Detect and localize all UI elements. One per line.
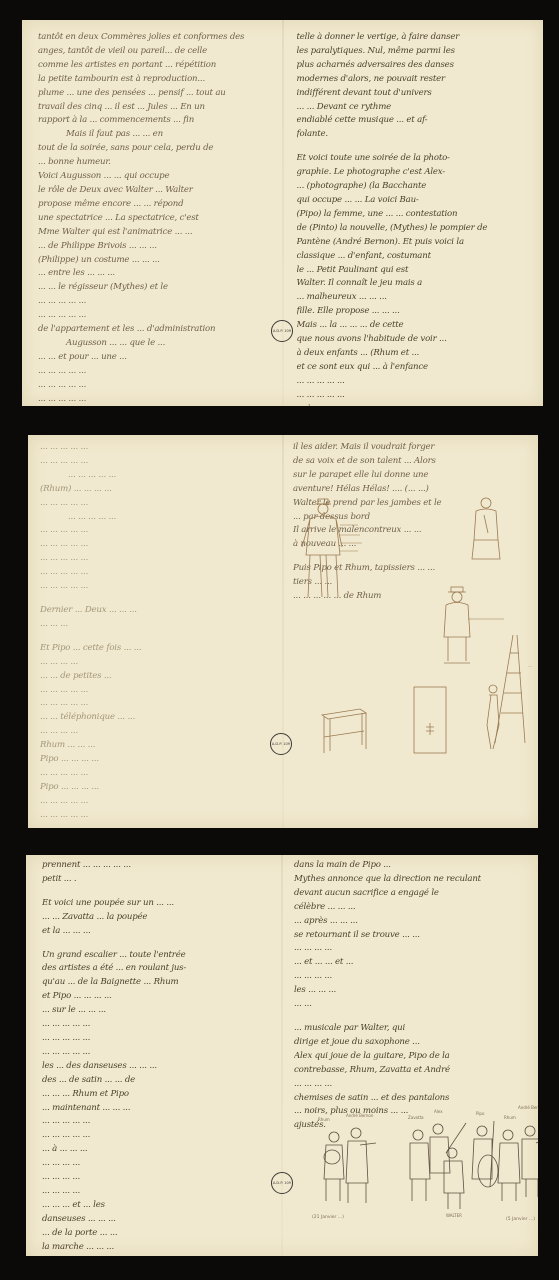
band-ensemble-sketch: Zavatta Alex Pipo Rhum André Bernon WALT…	[406, 1113, 538, 1213]
handwritten-line: les paralytiques. Nul, même parmi les	[297, 45, 538, 59]
handwritten-line: Mais ... la ... ... ... de cette	[297, 319, 538, 333]
handwritten-line: ... ... ... ... ...	[42, 1129, 276, 1143]
handwritten-line: ... ... ... ... ...	[42, 1115, 276, 1129]
handwritten-line: ... ... ... ... ...	[40, 697, 277, 711]
handwritten-line: rapport à la ... commencements ... fin	[38, 114, 277, 128]
handwritten-line: Alex qui joue de la guitare, Pipo de la	[294, 1050, 532, 1064]
handwritten-line: ... ... ... et ... les	[42, 1199, 276, 1213]
handwritten-line: le ... Petit Paulinant qui est	[297, 264, 538, 278]
handwritten-line: ... ... ... ... ...	[40, 767, 277, 781]
handwritten-line: Et Pipo ... cette fois ... ...	[40, 642, 277, 656]
spread-1-left-page: tantôt en deux Commères jolies et confor…	[22, 20, 283, 406]
handwritten-line: se retournant il se trouve ... ...	[294, 929, 532, 943]
woman-figure-study	[466, 495, 506, 565]
musician-label: WALTER	[446, 1213, 462, 1218]
musician-label: André Bernon	[346, 1113, 373, 1118]
handwritten-line: ... ... ... ... ...	[42, 1032, 276, 1046]
handwritten-line: ... ... ... ... ...	[40, 511, 277, 525]
handwritten-line: ... ... ... Rhum et Pipo	[42, 1088, 276, 1102]
handwritten-line: Pipo ... ... ... ...	[40, 781, 277, 795]
sketch-date-caption: (21 Janvier ...)	[312, 1215, 344, 1220]
musician-label: Zavatta	[408, 1115, 424, 1120]
handwritten-line: que nous avons l'habitude de voir ...	[297, 333, 538, 347]
handwritten-line: ... ... ... ... ...	[40, 497, 277, 511]
handwritten-line: endiablé cette musique ... et af-	[297, 114, 538, 128]
handwritten-line: Augusson ... ... que le ...	[38, 337, 277, 351]
handwritten-line: Rhum ... ... ...	[40, 739, 277, 753]
handwritten-line: Pipo ... ... ... ...	[40, 753, 277, 767]
handwritten-line: ... ... ... ... ...	[40, 524, 277, 538]
handwritten-line: ... après ... ... ...	[294, 915, 532, 929]
archive-stamp: A.D.P. 109	[270, 733, 292, 755]
handwritten-line: à deux enfants ... (Rhum et ...	[297, 347, 538, 361]
handwritten-line: ... ... ... ... ...	[38, 295, 277, 309]
handwritten-line: ... ... ... ... ...	[42, 1018, 276, 1032]
handwritten-line: (Philippe) un costume ... ... ...	[38, 254, 277, 268]
handwritten-line: il les aider. Mais il voudrait forger	[293, 441, 532, 455]
musician-label: Rhum	[504, 1115, 516, 1120]
manuscript-spread-2: ... ... ... ... ...... ... ... ... .....…	[28, 435, 538, 828]
handwritten-line: indifférent devant tout d'univers	[297, 87, 538, 101]
handwritten-line: Mais il faut pas ... ... en	[38, 128, 277, 142]
handwritten-line: ... ... le régisseur (Mythes) et le	[38, 281, 277, 295]
handwritten-line: ... ... ... ...	[40, 656, 277, 670]
archive-stamp: A.D.P. 109	[271, 320, 293, 342]
handwritten-line: ... ... ... ... ...	[40, 823, 277, 828]
handwritten-line: ... (photographe) (la Bacchante	[297, 180, 538, 194]
handwritten-line: ... ... ... ... ...	[297, 375, 538, 389]
handwritten-line: ... ... ... ...	[42, 1185, 276, 1199]
handwritten-line: tantôt en deux Commères jolies et confor…	[38, 31, 277, 45]
handwritten-line: ... entre les ... ... ...	[38, 267, 277, 281]
handwritten-line: qu'au ... de la Baignette ... Rhum	[42, 976, 276, 990]
handwritten-line: ... ... Zavatta ... la poupée	[42, 911, 276, 925]
ladder-label: ...	[528, 663, 532, 668]
spread-1-right-page: telle à donner le vertige, à faire danse…	[283, 20, 544, 406]
handwritten-line: ... à ... ... ...	[42, 1143, 276, 1157]
standing-man-costume-study	[296, 497, 376, 602]
handwritten-line: telle à donner le vertige, à faire danse…	[297, 31, 538, 45]
handwritten-line: ... ... ... ... ...	[38, 379, 277, 393]
handwritten-line: classique ... d'enfant, costumant	[297, 250, 538, 264]
handwritten-line: Walter. Il connaît le jeu mais a	[297, 277, 538, 291]
handwritten-line: graphie. Le photographe c'est Alex-	[297, 166, 538, 180]
handwritten-line: fille. Elle propose ... ... ...	[297, 305, 538, 319]
handwritten-line: dans la main de Pipo ...	[294, 859, 532, 873]
handwritten-line: chemises de satin ... et des pantalons	[294, 1092, 532, 1106]
handwritten-line: ... ... de petites ...	[40, 670, 277, 684]
two-musicians-sketch: Rhum André Bernon (21 Janvier ...)	[316, 1117, 380, 1207]
handwritten-line: ... musicale par Walter, qui	[294, 1022, 532, 1036]
handwritten-line: ... ... et pour ... une ...	[38, 351, 277, 365]
handwritten-line: devant aucun sacrifice a engagé le	[294, 887, 532, 901]
door-or-panel	[412, 685, 448, 755]
spread-3-left-page: prennent ... ... ... ... ...petit ... .E…	[26, 855, 282, 1256]
handwritten-line: travail des cinq ... il est ... Jules ..…	[38, 101, 277, 115]
handwritten-line: Mythes annonce que la direction ne recul…	[294, 873, 532, 887]
handwritten-line: Mme Walter qui est l'animatrice ... ...	[38, 226, 277, 240]
handwritten-line: ... ... ... ... ...	[40, 684, 277, 698]
handwritten-line: propose même encore ... ... répond	[38, 198, 277, 212]
handwritten-line: les ... ... ...	[294, 984, 532, 998]
musician-label: André Bernon	[518, 1105, 538, 1110]
handwritten-line: ... ... ... ... ...	[38, 309, 277, 323]
handwritten-line: ... ... ... ...	[294, 942, 532, 956]
handwritten-line: Et voici toute une soirée de la photo-	[297, 152, 538, 166]
handwritten-line: ... et ... ... et ...	[294, 956, 532, 970]
handwritten-line: ... ... ... ... ...	[40, 469, 277, 483]
handwritten-line: ... ... Devant ce rythme	[297, 101, 538, 115]
handwritten-line: le rôle de Deux avec Walter ... Walter	[38, 184, 277, 198]
archive-stamp: A.D.P. 109	[271, 1172, 293, 1194]
handwritten-line: ... de la porte ... ...	[42, 1227, 276, 1241]
handwritten-line: des ... de satin ... ... de	[42, 1074, 276, 1088]
handwritten-line: ... maintenant ... ... ...	[42, 1102, 276, 1116]
handwritten-line: et Pipo ... ... ... ...	[42, 990, 276, 1004]
handwritten-line: prennent ... ... ... ... ...	[42, 859, 276, 873]
handwritten-line: ... ...	[294, 998, 532, 1012]
handwritten-line: qui ... ... ... ...	[42, 1254, 276, 1256]
handwritten-line: ... ... ... ... ...	[40, 552, 277, 566]
handwritten-line: ... ... ... ... ...	[40, 809, 277, 823]
handwritten-line: la marche ... ... ...	[42, 1241, 276, 1255]
handwritten-line: ... ... ... ... ...	[40, 795, 277, 809]
sketch-date-caption: (5 Janvier ...)	[506, 1217, 535, 1222]
handwritten-line: la petite tambourin est à reproduction..…	[38, 73, 277, 87]
handwritten-line: et la ... ... ...	[42, 925, 276, 939]
spread-2-left-page: ... ... ... ... ...... ... ... ... .....…	[28, 435, 283, 828]
handwritten-line: modernes d'alors, ne pouvait rester	[297, 73, 538, 87]
handwritten-line: ... ... ... ... ...	[38, 393, 277, 406]
handwritten-line: de l'appartement et les ... d'administra…	[38, 323, 277, 337]
handwritten-line: et ce sont eux qui ... à l'enfance	[297, 361, 538, 375]
manuscript-spread-1: tantôt en deux Commères jolies et confor…	[22, 20, 543, 406]
handwritten-line: des artistes a été ... en roulant jus-	[42, 962, 276, 976]
handwritten-line: ... ... ...	[40, 618, 277, 632]
figure-on-ladder: ...	[483, 633, 533, 753]
handwritten-line: Voici Augusson ... ... qui occupe	[38, 170, 277, 184]
handwritten-line: ... ... ... ...	[42, 1171, 276, 1185]
handwritten-line: Dernier ... Deux ... ... ...	[40, 604, 277, 618]
handwritten-line: ... ... ... ... ...	[40, 441, 277, 455]
handwritten-line: sur le parapet elle lui donne une	[293, 469, 532, 483]
handwritten-line: de (Pinto) la nouvelle, (Mythes) le pomp…	[297, 222, 538, 236]
handwritten-line: ... à ... ... ...	[297, 403, 538, 406]
handwritten-line: folante.	[297, 128, 538, 142]
handwritten-line: ... ... ... ...	[294, 1078, 532, 1092]
handwritten-line: comme les artistes en portant ... répéti…	[38, 59, 277, 73]
handwritten-line: ... malheureux ... ... ...	[297, 291, 538, 305]
handwritten-line: célèbre ... ... ...	[294, 901, 532, 915]
musician-label: Rhum	[318, 1117, 330, 1122]
handwritten-line: Un grand escalier ... toute l'entrée	[42, 949, 276, 963]
handwritten-line: ... ... ... ... ...	[42, 1046, 276, 1060]
musician-label: Alex	[434, 1109, 443, 1114]
handwritten-line: Et voici une poupée sur un ... ...	[42, 897, 276, 911]
handwritten-line: anges, tantôt de vieil ou pareil... de c…	[38, 45, 277, 59]
handwritten-line: une spectatrice ... La spectatrice, c'es…	[38, 212, 277, 226]
handwritten-line: les ... des danseuses ... ... ...	[42, 1060, 276, 1074]
handwritten-line: petit ... .	[42, 873, 276, 887]
handwritten-line: ... ... ... ... ...	[40, 538, 277, 552]
handwritten-line: ... ... ... ...	[42, 1157, 276, 1171]
handwritten-line: ... sur le ... ... ...	[42, 1004, 276, 1018]
handwritten-line: dirige et joue du saxophone ...	[294, 1036, 532, 1050]
small-table	[320, 705, 368, 755]
manuscript-spread-3: prennent ... ... ... ... ...petit ... .E…	[26, 855, 538, 1256]
handwritten-line: ... bonne humeur.	[38, 156, 277, 170]
handwritten-line: de sa voix et de son talent ... Alors	[293, 455, 532, 469]
handwritten-line: ... ... ... ...	[40, 725, 277, 739]
musician-label: Pipo	[476, 1111, 484, 1116]
handwritten-line: ... ... ... ... ...	[40, 580, 277, 594]
handwritten-line: ... de Philippe Brivois ... ... ...	[38, 240, 277, 254]
handwritten-line: ... ... ... ... ...	[38, 365, 277, 379]
handwritten-line: plus acharnés adversaires des danses	[297, 59, 538, 73]
handwritten-line: (Rhum) ... ... ... ...	[40, 483, 277, 497]
handwritten-line: qui occupe ... ... La voici Bau-	[297, 194, 538, 208]
handwritten-line: plume ... une des pensées ... pensif ...…	[38, 87, 277, 101]
handwritten-line: ... ... ... ... ...	[40, 566, 277, 580]
handwritten-line: ... ... ... ... ...	[40, 455, 277, 469]
handwritten-line: contrebasse, Rhum, Zavatta et André	[294, 1064, 532, 1078]
handwritten-line: tout de la soirée, sans pour cela, perdu…	[38, 142, 277, 156]
handwritten-line: ... ... ... ... ...	[297, 389, 538, 403]
handwritten-line: (Pipo) la femme, une ... ... contestatio…	[297, 208, 538, 222]
handwritten-line: danseuses ... ... ...	[42, 1213, 276, 1227]
handwritten-line: Pantène (André Bernon). Et puis voici la	[297, 236, 538, 250]
handwritten-line: ... ... ... ...	[294, 970, 532, 984]
handwritten-line: ... ... téléphonique ... ...	[40, 711, 277, 725]
